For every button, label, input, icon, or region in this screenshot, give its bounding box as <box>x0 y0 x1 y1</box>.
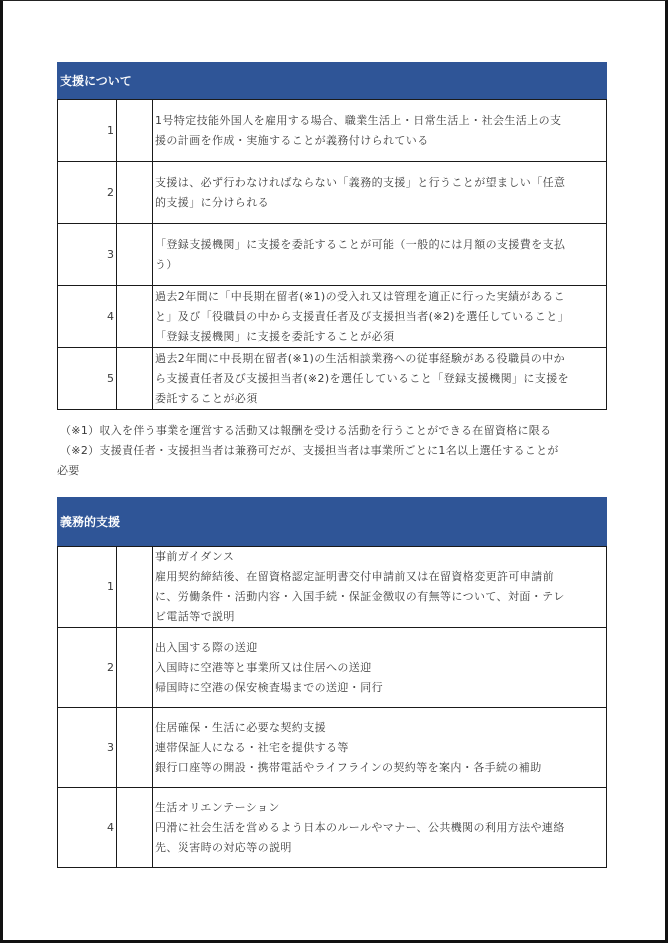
row-description: 過去2年間に中長期在留者(※1)の生活相談業務への従事経験がある役職員の中か ら… <box>153 348 607 410</box>
text-line: 生活オリエンテーション <box>155 798 603 818</box>
text-line: 「登録支援機関」に支援を委託することが可能（一般的には月額の支援費を支払 <box>155 235 603 255</box>
table-row: 4 過去2年間に「中長期在留者(※1)の受入れ又は管理を適正に行った実績があるこ… <box>58 286 607 348</box>
text-line: 円滑に社会生活を営めるよう日本のルールやマナー、公共機関の利用方法や連絡 <box>155 818 603 838</box>
table-row: 2 支援は、必ず行わなければならない「義務的支援」と行うことが望ましい「任意 的… <box>58 162 607 224</box>
blank-cell <box>117 286 153 348</box>
blank-cell <box>117 628 153 708</box>
text-line: 過去2年間に「中長期在留者(※1)の受入れ又は管理を適正に行った実績があるこ <box>155 287 603 307</box>
text-line: 援の計画を作成・実施することが義務付けられている <box>155 131 603 151</box>
blank-cell <box>117 547 153 628</box>
row-description: 1号特定技能外国人を雇用する場合、職業生活上・日常生活上・社会生活上の支 援の計… <box>153 100 607 162</box>
text-line: 帰国時に空港の保安検査場までの送迎・同行 <box>155 678 603 698</box>
blank-cell <box>117 708 153 788</box>
text-line: 銀行口座等の開設・携帯電話やライフラインの契約等を案内・各手続の補助 <box>155 758 603 778</box>
table-row: 5 過去2年間に中長期在留者(※1)の生活相談業務への従事経験がある役職員の中か… <box>58 348 607 410</box>
mandatory-support-header: 義務的支援 <box>57 497 607 546</box>
mandatory-support-section: 義務的支援 1 事前ガイダンス 雇用契約締結後、在留資格認定証明書交付申請前又は… <box>57 497 607 868</box>
section-title: 義務的支援 <box>60 513 120 530</box>
support-overview-table: 1 1号特定技能外国人を雇用する場合、職業生活上・日常生活上・社会生活上の支 援… <box>57 99 607 410</box>
text-line: 委託することが必須 <box>155 389 603 409</box>
row-description: 出入国する際の送迎 入国時に空港等と事業所又は住居への送迎 帰国時に空港の保安検… <box>153 628 607 708</box>
row-description: 支援は、必ず行わなければならない「義務的支援」と行うことが望ましい「任意 的支援… <box>153 162 607 224</box>
row-description: 住居確保・生活に必要な契約支援 連帯保証人になる・社宅を提供する等 銀行口座等の… <box>153 708 607 788</box>
table-row: 2 出入国する際の送迎 入国時に空港等と事業所又は住居への送迎 帰国時に空港の保… <box>58 628 607 708</box>
text-line: ビ電話等で説明 <box>155 607 603 627</box>
row-number: 1 <box>58 547 117 628</box>
text-line: 出入国する際の送迎 <box>155 638 603 658</box>
text-line: 雇用契約締結後、在留資格認定証明書交付申請前又は在留資格変更許可申請前 <box>155 567 603 587</box>
row-number: 3 <box>58 708 117 788</box>
blank-cell <box>117 348 153 410</box>
table-row: 3 「登録支援機関」に支援を委託することが可能（一般的には月額の支援費を支払 う… <box>58 224 607 286</box>
row-number: 4 <box>58 286 117 348</box>
table-row: 1 事前ガイダンス 雇用契約締結後、在留資格認定証明書交付申請前又は在留資格変更… <box>58 547 607 628</box>
footnotes: （※1）収入を伴う事業を運営する活動又は報酬を受ける活動を行うことができる在留資… <box>60 421 608 481</box>
text-line: う） <box>155 255 603 275</box>
text-line: と」及び「役職員の中から支援責任者及び支援担当者(※2)を選任していること」 <box>155 307 603 327</box>
section-title: 支援について <box>60 72 132 89</box>
text-line: 過去2年間に中長期在留者(※1)の生活相談業務への従事経験がある役職員の中か <box>155 349 603 369</box>
footnote-1: （※1）収入を伴う事業を運営する活動又は報酬を受ける活動を行うことができる在留資… <box>60 421 608 441</box>
support-overview-header: 支援について <box>57 62 607 99</box>
row-number: 1 <box>58 100 117 162</box>
text-line: 1号特定技能外国人を雇用する場合、職業生活上・日常生活上・社会生活上の支 <box>155 111 603 131</box>
blank-cell <box>117 224 153 286</box>
row-description: 過去2年間に「中長期在留者(※1)の受入れ又は管理を適正に行った実績があるこ と… <box>153 286 607 348</box>
text-line: 連帯保証人になる・社宅を提供する等 <box>155 738 603 758</box>
text-line: 「登録支援機関」に支援を委託することが必須 <box>155 327 603 347</box>
table-row: 3 住居確保・生活に必要な契約支援 連帯保証人になる・社宅を提供する等 銀行口座… <box>58 708 607 788</box>
row-description: 事前ガイダンス 雇用契約締結後、在留資格認定証明書交付申請前又は在留資格変更許可… <box>153 547 607 628</box>
row-number: 3 <box>58 224 117 286</box>
table-row: 4 生活オリエンテーション 円滑に社会生活を営めるよう日本のルールやマナー、公共… <box>58 788 607 868</box>
text-line: 住居確保・生活に必要な契約支援 <box>155 718 603 738</box>
row-number: 2 <box>58 628 117 708</box>
row-number: 2 <box>58 162 117 224</box>
text-line: ら支援責任者及び支援担当者(※2)を選任していること「登録支援機関」に支援を <box>155 369 603 389</box>
row-description: 生活オリエンテーション 円滑に社会生活を営めるよう日本のルールやマナー、公共機関… <box>153 788 607 868</box>
table-row: 1 1号特定技能外国人を雇用する場合、職業生活上・日常生活上・社会生活上の支 援… <box>58 100 607 162</box>
blank-cell <box>117 100 153 162</box>
row-number: 5 <box>58 348 117 410</box>
blank-cell <box>117 162 153 224</box>
mandatory-support-table: 1 事前ガイダンス 雇用契約締結後、在留資格認定証明書交付申請前又は在留資格変更… <box>57 546 607 868</box>
text-line: 的支援」に分けられる <box>155 193 603 213</box>
footnote-2-line1: （※2）支援責任者・支援担当者は兼務可だが、支援担当者は事業所ごとに1名以上選任… <box>60 441 608 461</box>
footnote-2-line2: 必要 <box>57 461 608 481</box>
row-description: 「登録支援機関」に支援を委託することが可能（一般的には月額の支援費を支払 う） <box>153 224 607 286</box>
support-overview-section: 支援について 1 1号特定技能外国人を雇用する場合、職業生活上・日常生活上・社会… <box>57 62 607 410</box>
text-line: 先、災害時の対応等の説明 <box>155 838 603 858</box>
text-line: 事前ガイダンス <box>155 547 603 567</box>
text-line: 支援は、必ず行わなければならない「義務的支援」と行うことが望ましい「任意 <box>155 173 603 193</box>
text-line: に、労働条件・活動内容・入国手続・保証金徴収の有無等について、対面・テレ <box>155 587 603 607</box>
blank-cell <box>117 788 153 868</box>
text-line: 入国時に空港等と事業所又は住居への送迎 <box>155 658 603 678</box>
row-number: 4 <box>58 788 117 868</box>
